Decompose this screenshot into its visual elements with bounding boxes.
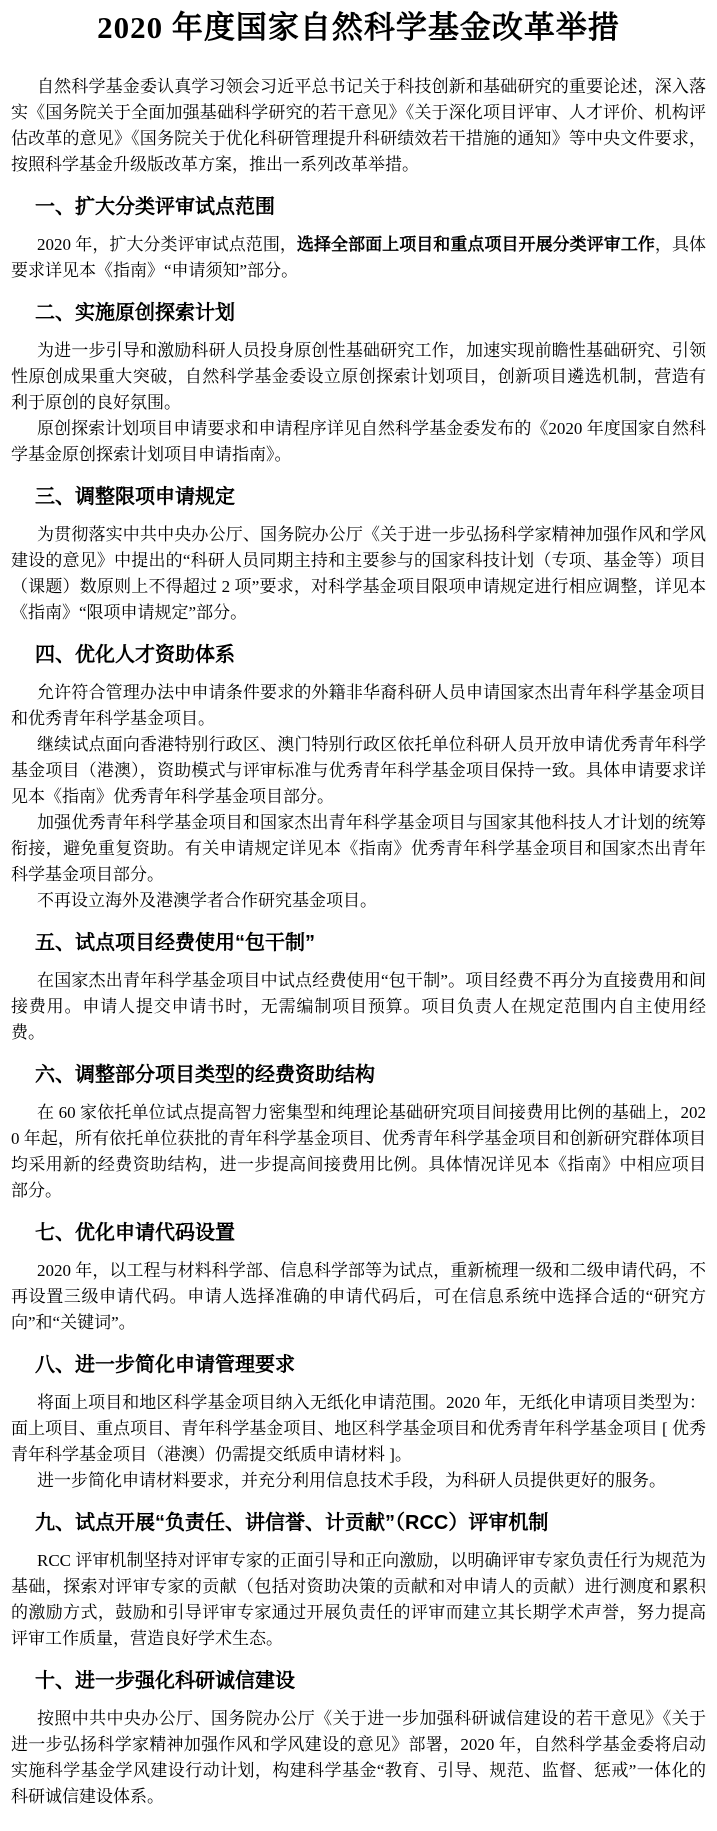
sections: 一、扩大分类评审试点范围2020 年，扩大分类评审试点范围，选择全部面上项目和重…	[11, 194, 706, 1810]
section: 七、优化申请代码设置2020 年，以工程与材料科学部、信息科学部等为试点，重新梳…	[11, 1220, 706, 1336]
text-run: 2020 年，以工程与材料科学部、信息科学部等为试点，重新梳理一级和二级申请代码…	[11, 1261, 706, 1332]
text-run: 加强优秀青年科学基金项目和国家杰出青年科学基金项目与国家其他科技人才计划的统筹衔…	[11, 813, 706, 884]
section: 十、进一步强化科研诚信建设按照中共中央办公厅、国务院办公厅《关于进一步加强科研诚…	[11, 1668, 706, 1810]
section: 八、进一步简化申请管理要求将面上项目和地区科学基金项目纳入无纸化申请范围。202…	[11, 1352, 706, 1494]
paragraph: 为进一步引导和激励科研人员投身原创性基础研究工作，加速实现前瞻性基础研究、引领性…	[11, 338, 706, 416]
text-run: 2020 年，扩大分类评审试点范围，	[37, 235, 297, 254]
paragraph: 为贯彻落实中共中央办公厅、国务院办公厅《关于进一步弘扬科学家精神加强作风和学风建…	[11, 522, 706, 626]
section: 九、试点开展“负责任、讲信誉、计贡献”（RCC）评审机制RCC 评审机制坚持对评…	[11, 1510, 706, 1652]
paragraph: RCC 评审机制坚持对评审专家的正面引导和正向激励，以明确评审专家负责任行为规范…	[11, 1548, 706, 1652]
paragraph: 在国家杰出青年科学基金项目中试点经费使用“包干制”。项目经费不再分为直接费用和间…	[11, 968, 706, 1046]
text-run: 为贯彻落实中共中央办公厅、国务院办公厅《关于进一步弘扬科学家精神加强作风和学风建…	[11, 525, 706, 622]
paragraph: 在 60 家依托单位试点提高智力密集型和纯理论基础研究项目间接费用比例的基础上，…	[11, 1100, 706, 1204]
paragraph: 继续试点面向香港特别行政区、澳门特别行政区依托单位科研人员开放申请优秀青年科学基…	[11, 732, 706, 810]
text-run: 将面上项目和地区科学基金项目纳入无纸化申请范围。2020 年，无纸化申请项目类型…	[11, 1393, 706, 1464]
section-heading: 十、进一步强化科研诚信建设	[11, 1668, 706, 1694]
document-page: 2020 年度国家自然科学基金改革举措 自然科学基金委认真学习领会习近平总书记关…	[0, 0, 717, 1831]
text-run: 原创探索计划项目申请要求和申请程序详见自然科学基金委发布的《2020 年度国家自…	[11, 419, 706, 464]
text-run: 允许符合管理办法中申请条件要求的外籍非华裔科研人员申请国家杰出青年科学基金项目和…	[11, 683, 706, 728]
section: 三、调整限项申请规定为贯彻落实中共中央办公厅、国务院办公厅《关于进一步弘扬科学家…	[11, 484, 706, 626]
section-heading: 六、调整部分项目类型的经费资助结构	[11, 1062, 706, 1088]
paragraph: 原创探索计划项目申请要求和申请程序详见自然科学基金委发布的《2020 年度国家自…	[11, 416, 706, 468]
text-run: 在国家杰出青年科学基金项目中试点经费使用“包干制”。项目经费不再分为直接费用和间…	[11, 971, 706, 1042]
section: 一、扩大分类评审试点范围2020 年，扩大分类评审试点范围，选择全部面上项目和重…	[11, 194, 706, 284]
intro-paragraph: 自然科学基金委认真学习领会习近平总书记关于科技创新和基础研究的重要论述，深入落实…	[11, 74, 706, 178]
text-run: RCC 评审机制坚持对评审专家的正面引导和正向激励，以明确评审专家负责任行为规范…	[11, 1551, 706, 1648]
paragraph: 将面上项目和地区科学基金项目纳入无纸化申请范围。2020 年，无纸化申请项目类型…	[11, 1390, 706, 1468]
document-title: 2020 年度国家自然科学基金改革举措	[11, 8, 706, 48]
paragraph: 2020 年，以工程与材料科学部、信息科学部等为试点，重新梳理一级和二级申请代码…	[11, 1258, 706, 1336]
text-run: 为进一步引导和激励科研人员投身原创性基础研究工作，加速实现前瞻性基础研究、引领性…	[11, 341, 706, 412]
section: 五、试点项目经费使用“包干制”在国家杰出青年科学基金项目中试点经费使用“包干制”…	[11, 930, 706, 1046]
text-run: 继续试点面向香港特别行政区、澳门特别行政区依托单位科研人员开放申请优秀青年科学基…	[11, 735, 706, 806]
paragraph: 加强优秀青年科学基金项目和国家杰出青年科学基金项目与国家其他科技人才计划的统筹衔…	[11, 810, 706, 888]
paragraph: 2020 年，扩大分类评审试点范围，选择全部面上项目和重点项目开展分类评审工作，…	[11, 232, 706, 284]
bold-text-run: 选择全部面上项目和重点项目开展分类评审工作	[297, 235, 655, 254]
text-run: 按照中共中央办公厅、国务院办公厅《关于进一步加强科研诚信建设的若干意见》《关于进…	[11, 1709, 706, 1806]
section: 二、实施原创探索计划为进一步引导和激励科研人员投身原创性基础研究工作，加速实现前…	[11, 300, 706, 468]
paragraph: 进一步简化申请材料要求，并充分利用信息技术手段，为科研人员提供更好的服务。	[11, 1468, 706, 1494]
text-run: 进一步简化申请材料要求，并充分利用信息技术手段，为科研人员提供更好的服务。	[37, 1471, 666, 1490]
section-heading: 二、实施原创探索计划	[11, 300, 706, 326]
section: 六、调整部分项目类型的经费资助结构在 60 家依托单位试点提高智力密集型和纯理论…	[11, 1062, 706, 1204]
paragraph: 不再设立海外及港澳学者合作研究基金项目。	[11, 888, 706, 914]
text-run: 不再设立海外及港澳学者合作研究基金项目。	[37, 891, 377, 910]
section-heading: 七、优化申请代码设置	[11, 1220, 706, 1246]
text-run: 在 60 家依托单位试点提高智力密集型和纯理论基础研究项目间接费用比例的基础上，…	[11, 1103, 706, 1200]
section-heading: 五、试点项目经费使用“包干制”	[11, 930, 706, 956]
section-heading: 三、调整限项申请规定	[11, 484, 706, 510]
section-heading: 八、进一步简化申请管理要求	[11, 1352, 706, 1378]
section-heading: 四、优化人才资助体系	[11, 642, 706, 668]
paragraph: 按照中共中央办公厅、国务院办公厅《关于进一步加强科研诚信建设的若干意见》《关于进…	[11, 1706, 706, 1810]
section-heading: 一、扩大分类评审试点范围	[11, 194, 706, 220]
section: 四、优化人才资助体系允许符合管理办法中申请条件要求的外籍非华裔科研人员申请国家杰…	[11, 642, 706, 914]
paragraph: 允许符合管理办法中申请条件要求的外籍非华裔科研人员申请国家杰出青年科学基金项目和…	[11, 680, 706, 732]
section-heading: 九、试点开展“负责任、讲信誉、计贡献”（RCC）评审机制	[11, 1510, 706, 1536]
